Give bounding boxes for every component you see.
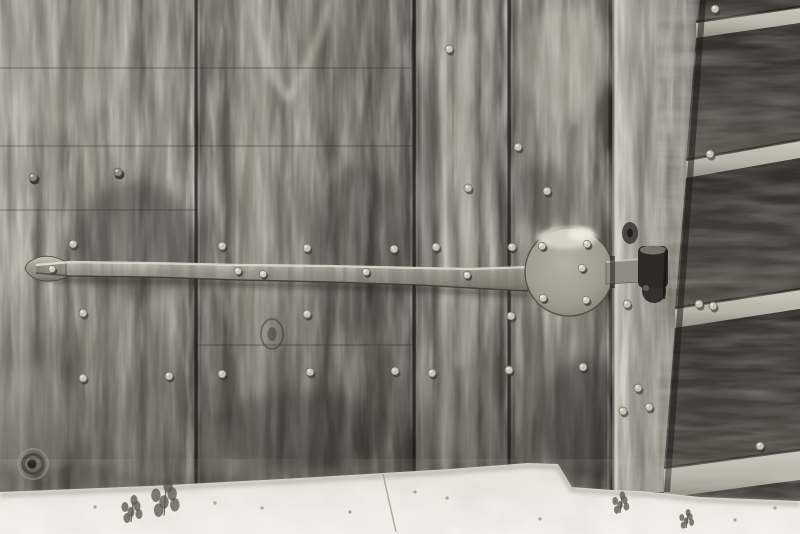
photo-grain-overlay bbox=[0, 0, 800, 534]
photograph bbox=[0, 0, 800, 534]
photo-canvas bbox=[0, 0, 800, 534]
